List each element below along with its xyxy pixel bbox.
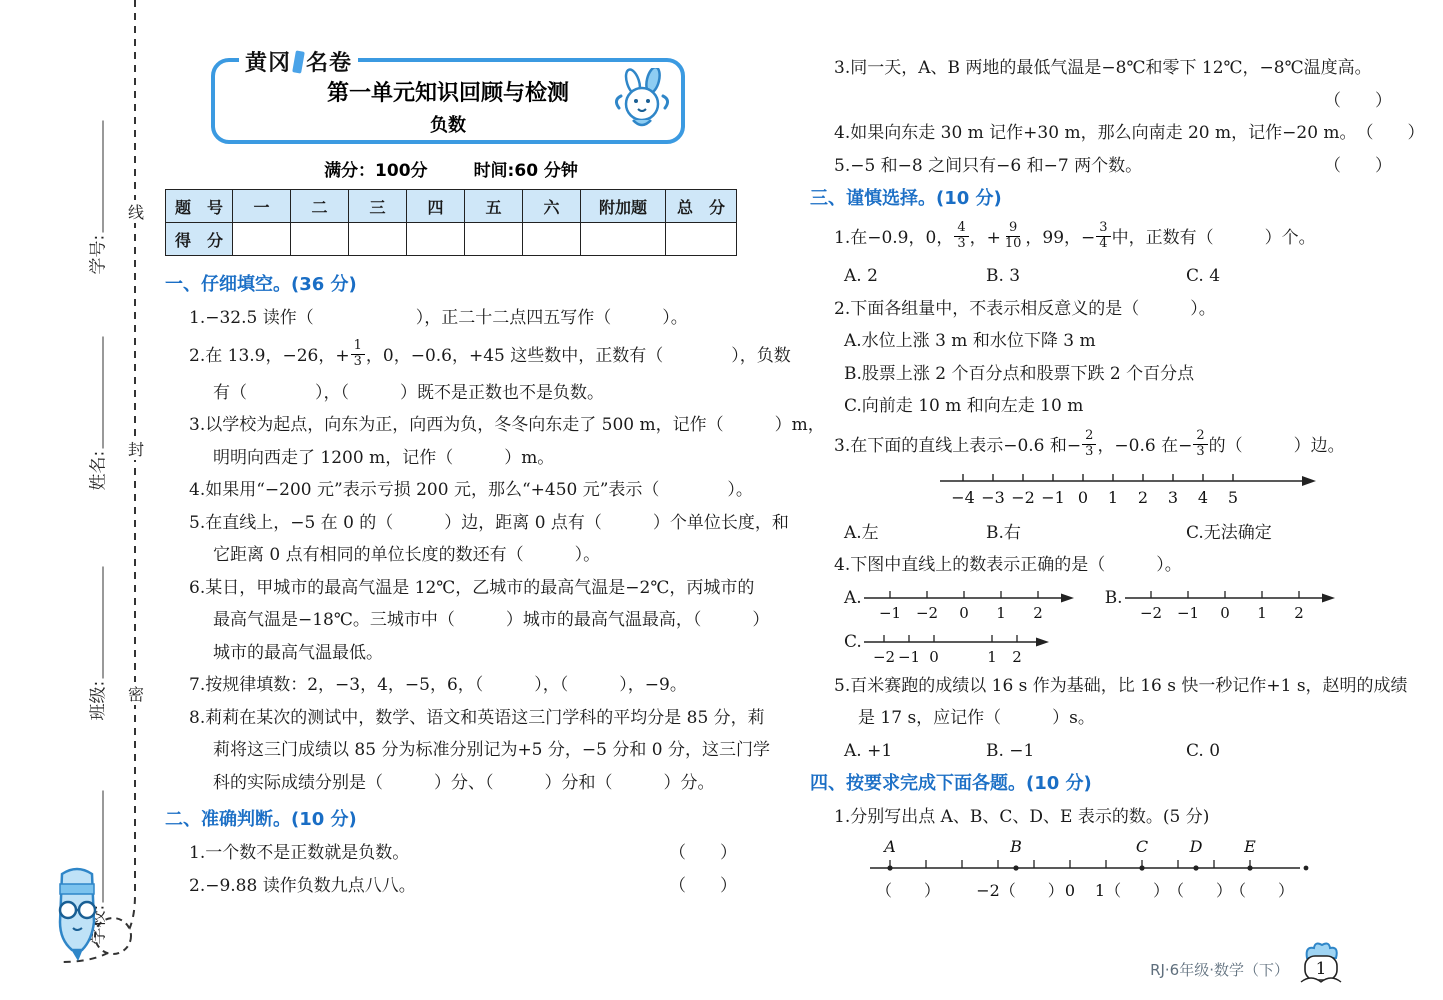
s3-q5-line1: 5.百米赛跑的成绩以 16 s 作为基础，比 16 s 快一秒记作+1 s，赵明… — [810, 670, 1392, 703]
s3-q3: 3.在下面的直线上表示−0.6 和−23，−0.6 在−23的（ ）边。 — [810, 423, 1392, 469]
tick-label: −1 — [1177, 604, 1199, 622]
brand-right-text: 名卷 — [306, 46, 352, 77]
full-score-label: 满分：100分 — [324, 156, 428, 181]
point-label-c: C — [1136, 838, 1148, 856]
class-text: 班级: — [89, 681, 109, 721]
fraction: 43 — [954, 221, 968, 252]
tick-label: 5 — [1228, 488, 1238, 507]
s1-q5-line2: 它距离 0 点有相同的单位长度的数还有（ ）。 — [165, 539, 737, 572]
rabbit-icon — [611, 68, 673, 134]
answer-blank: （ ） — [1324, 91, 1392, 111]
answer-blank: 1（ ） — [1095, 881, 1169, 900]
tick-label: −2 — [873, 648, 895, 666]
score-table: 题 号 一 二 三 四 五 六 附加题 总 分 得 分 — [165, 189, 737, 256]
option-c: C. 4 — [1186, 260, 1392, 293]
s3-q3-text: 的（ ）边。 — [1209, 436, 1345, 456]
left-column: 黄冈 名卷 第一单元知识回顾与检测 负数 满分：100分 时间:60 分钟 — [165, 58, 737, 902]
tick-label: 2 — [1033, 604, 1043, 622]
exam-meta: 满分：100分 时间:60 分钟 — [165, 156, 737, 181]
answer-blank: −2（ ） — [976, 881, 1064, 900]
tick-label: 0 — [929, 648, 939, 666]
number-line-a: −1 −2 0 1 2 — [862, 584, 1077, 626]
brand-left-text: 黄冈 — [245, 46, 291, 77]
s1-q8-line2: 莉将这三门成绩以 85 分为标准分别记为+5 分，−5 分和 0 分，这三门学 — [165, 734, 737, 767]
s1-q2-text: ，0，−0.6，+45 这些数中，正数有（ ），负数 — [366, 346, 791, 366]
s1-q2-text: 2.在 13.9，−26，+ — [189, 346, 350, 366]
tick-label: −2 — [1140, 604, 1162, 622]
tick-label: 2 — [1138, 488, 1148, 507]
answer-blank: （ ） — [1324, 150, 1392, 183]
point-label-e: E — [1243, 838, 1256, 856]
tick-label: −2 — [1011, 488, 1035, 507]
score-cell — [407, 223, 465, 256]
s1-q6-line2: 最高气温是−18℃。三城市中（ ）城市的最高气温最高，（ ） — [165, 604, 737, 637]
s3-q3-text: 3.在下面的直线上表示−0.6 和− — [834, 436, 1081, 456]
fraction-denominator: 10 — [1002, 237, 1025, 252]
tick-label: 0 — [1065, 881, 1075, 900]
footer-edition-text: RJ·6年级·数学（下） — [1150, 959, 1289, 980]
student-id-text: 学号: — [89, 235, 109, 275]
s1-q8-line1: 8.莉莉在某次的测试中，数学、语文和英语这三门学科的平均分是 85 分，莉 — [165, 702, 737, 735]
answer-blank: （ ） — [1357, 117, 1425, 150]
score-header-cell: 二 — [291, 190, 349, 223]
s3-q1-text: 1.在−0.9，0， — [834, 228, 953, 248]
s2-q5-text: 5.−5 和−8 之间只有−6 和−7 两个数。 — [834, 150, 1142, 183]
fraction-numerator: 4 — [954, 221, 968, 237]
tick-label: 1 — [1108, 488, 1118, 507]
fraction-denominator: 3 — [1193, 445, 1207, 460]
number-line-s4: A B C D E （ ） −2（ ） 0 1（ ） （ ） （ ） — [870, 838, 1320, 910]
number-line-b: −2 −1 0 1 2 — [1123, 584, 1338, 626]
fraction-denominator: 3 — [351, 355, 365, 370]
s1-q5-line1: 5.在直线上，−5 在 0 的（ ）边，距离 0 点有（ ）个单位长度，和 — [165, 507, 737, 540]
fraction: 13 — [351, 339, 365, 370]
fraction-numerator: 3 — [1096, 221, 1110, 237]
fraction: 910 — [1002, 221, 1025, 252]
tick-label: −1 — [898, 648, 920, 666]
section4-heading: 四、按要求完成下面各题。(10 分) — [810, 767, 1392, 801]
score-header-cell: 四 — [407, 190, 465, 223]
time-label: 时间:60 分钟 — [474, 156, 578, 181]
student-id-blank-line — [89, 121, 104, 233]
tick-label: 1 — [1257, 604, 1267, 622]
s3-q1: 1.在−0.9，0，43，+910，99，−34中，正数有（ ）个。 — [810, 216, 1392, 260]
tick-label: 1 — [996, 604, 1006, 622]
seal-char-xian: 线 — [126, 200, 146, 223]
tick-label: −1 — [879, 604, 901, 622]
s4-q1: 1.分别写出点 A、B、C、D、E 表示的数。(5 分) — [810, 801, 1392, 834]
score-header-cell: 一 — [233, 190, 291, 223]
s3-q1-options: A. 2 B. 3 C. 4 — [810, 260, 1392, 293]
section3-heading: 三、谨慎选择。(10 分) — [810, 182, 1392, 216]
option-b: B.右 — [986, 517, 1186, 550]
section2-heading: 二、准确判断。(10 分) — [165, 803, 737, 837]
score-header-cell: 三 — [349, 190, 407, 223]
page-badge-icon: 1 — [1295, 942, 1347, 986]
header-box: 黄冈 名卷 第一单元知识回顾与检测 负数 — [211, 58, 685, 144]
answer-blank: （ ） — [1168, 881, 1232, 900]
page-footer: RJ·6年级·数学（下） 1 — [1150, 942, 1347, 986]
s3-q2: 2.下面各组量中，不表示相反意义的是（ ）。 — [810, 293, 1392, 326]
s1-q6-line1: 6.某日，甲城市的最高气温是 12℃，乙城市的最高气温是−2℃，丙城市的 — [165, 572, 737, 605]
fraction: 34 — [1096, 221, 1110, 252]
score-cell — [233, 223, 291, 256]
s3-q1-text: 中，正数有（ ）个。 — [1112, 228, 1316, 248]
point-label-a: A — [882, 838, 896, 856]
point-label-d: D — [1189, 838, 1203, 856]
s3-q3-options: A.左 B.右 C.无法确定 — [810, 517, 1392, 550]
brand-logo: 黄冈 名卷 — [239, 46, 358, 77]
fraction-numerator: 1 — [351, 339, 365, 355]
s1-q2-line2: 有（ ），（ ）既不是正数也不是负数。 — [165, 377, 737, 410]
number-line-q3: −4 −3 −2 −1 0 1 2 3 4 5 — [938, 469, 1318, 517]
student-id-label: 学号: — [84, 75, 109, 275]
s3-q4: 4.下图中直线上的数表示正确的是（ ）。 — [810, 549, 1392, 582]
s2-q3-blank-line: （ ） — [810, 85, 1392, 118]
option-c-label: C. — [844, 626, 862, 659]
right-column: 3.同一天，A、B 两地的最低气温是−8℃和零下 12℃，−8℃温度高。 （ ）… — [810, 52, 1392, 910]
score-cell — [291, 223, 349, 256]
class-label: 班级: — [84, 521, 109, 721]
s2-q4-text: 4.如果向东走 30 m 记作+30 m，那么向南走 20 m，记作−20 m。 — [834, 117, 1357, 150]
tick-label: 1 — [987, 648, 997, 666]
s1-q7: 7.按规律填数：2，−3，4，−5，6，（ ），（ ），−9。 — [165, 669, 737, 702]
number-line-c: −2 −1 0 1 2 — [862, 628, 1052, 670]
score-header-cell: 总 分 — [666, 190, 737, 223]
section1-heading: 一、仔细填空。(36 分) — [165, 268, 737, 302]
fraction-denominator: 3 — [1082, 445, 1096, 460]
s3-q1-text: ，+ — [970, 228, 1001, 248]
s2-q2-text: 2.−9.88 读作负数九点八八。 — [189, 870, 416, 903]
score-table-value-row: 得 分 — [166, 223, 737, 256]
option-c: C.无法确定 — [1186, 517, 1392, 550]
tick-label: 4 — [1198, 488, 1208, 507]
tick-label: −4 — [951, 488, 975, 507]
point-label-b: B — [1009, 838, 1022, 856]
score-cell — [581, 223, 666, 256]
s1-q3-line2: 明明向西走了 1200 m，记作（ ）m。 — [165, 442, 737, 475]
s1-q8-line3: 科的实际成绩分别是（ ）分、（ ）分和（ ）分。 — [165, 767, 737, 800]
score-header-cell: 六 — [523, 190, 581, 223]
s3-q4-option-c: C. −2 −1 0 1 2 — [810, 626, 1392, 670]
fraction-numerator: 9 — [1006, 221, 1020, 237]
s3-q4-option-a: A. −1 −2 0 1 2 — [844, 582, 1077, 626]
s1-q6-line3: 城市的最高气温最低。 — [165, 637, 737, 670]
answer-blank: （ ） — [1230, 881, 1294, 900]
fraction: 23 — [1082, 429, 1096, 460]
score-header-cell: 题 号 — [166, 190, 233, 223]
option-b: B. 3 — [986, 260, 1186, 293]
s1-q2-line1: 2.在 13.9，−26，+13，0，−0.6，+45 这些数中，正数有（ ），… — [165, 335, 737, 377]
score-header-cell: 五 — [465, 190, 523, 223]
score-row-label: 得 分 — [166, 223, 233, 256]
fraction-denominator: 4 — [1096, 237, 1110, 252]
name-text: 姓名: — [89, 451, 109, 491]
page-number: 1 — [1316, 959, 1327, 979]
score-cell — [523, 223, 581, 256]
option-b: B. −1 — [986, 735, 1186, 768]
s3-q2-option-c: C.向前走 10 m 和向左走 10 m — [810, 390, 1392, 423]
name-blank-line — [89, 337, 104, 449]
score-cell — [349, 223, 407, 256]
fraction: 23 — [1193, 429, 1207, 460]
s3-q4-option-b: B. −2 −1 0 1 2 — [1105, 582, 1338, 626]
s3-q1-text: ，99，− — [1025, 228, 1095, 248]
tick-label: −1 — [1041, 488, 1065, 507]
option-a-label: A. — [844, 582, 862, 615]
seal-char-mi: 密 — [126, 682, 146, 705]
tick-label: 2 — [1012, 648, 1022, 666]
answer-blank: （ ） — [669, 837, 737, 870]
option-c: C. 0 — [1186, 735, 1392, 768]
s1-q4: 4.如果用“−200 元”表示亏损 200 元，那么“+450 元”表示（ ）。 — [165, 474, 737, 507]
tick-label: 0 — [959, 604, 969, 622]
pencil-mascot-icon — [42, 862, 112, 962]
tick-label: 3 — [1168, 488, 1178, 507]
s2-q2: 2.−9.88 读作负数九点八八。 （ ） — [165, 870, 737, 903]
option-a: A. 2 — [844, 260, 986, 293]
tick-label: 0 — [1078, 488, 1088, 507]
tick-label: −2 — [916, 604, 938, 622]
option-b-label: B. — [1105, 582, 1123, 615]
s2-q3-line1: 3.同一天，A、B 两地的最低气温是−8℃和零下 12℃，−8℃温度高。 — [810, 52, 1392, 85]
s2-q5: 5.−5 和−8 之间只有−6 和−7 两个数。 （ ） — [810, 150, 1392, 183]
answer-blank: （ ） — [669, 870, 737, 903]
s2-q4: 4.如果向东走 30 m 记作+30 m，那么向南走 20 m，记作−20 m。… — [810, 117, 1392, 150]
fraction-numerator: 2 — [1193, 429, 1207, 445]
score-header-cell: 附加题 — [581, 190, 666, 223]
score-cell — [465, 223, 523, 256]
s3-q5-options: A. +1 B. −1 C. 0 — [810, 735, 1392, 768]
tick-label: 2 — [1294, 604, 1304, 622]
option-a: A.左 — [844, 517, 986, 550]
s2-q1: 1.一个数不是正数就是负数。 （ ） — [165, 837, 737, 870]
s3-q5-line2: 是 17 s，应记作（ ）s。 — [810, 702, 1392, 735]
option-a: A. +1 — [844, 735, 986, 768]
score-cell — [666, 223, 737, 256]
fraction-numerator: 2 — [1082, 429, 1096, 445]
tick-label: −3 — [981, 488, 1005, 507]
logo-pencil-icon — [292, 50, 305, 73]
s1-q3-line1: 3.以学校为起点，向东为正，向西为负，冬冬向东走了 500 m，记作（ ）m， — [165, 409, 737, 442]
score-table-header-row: 题 号 一 二 三 四 五 六 附加题 总 分 — [166, 190, 737, 223]
s2-q1-text: 1.一个数不是正数就是负数。 — [189, 837, 409, 870]
fraction-denominator: 3 — [954, 237, 968, 252]
tick-label: 0 — [1220, 604, 1230, 622]
s3-q4-row-ab: A. −1 −2 0 1 2 — [810, 582, 1392, 626]
answer-blank: （ ） — [876, 881, 940, 900]
worksheet-page: 线 封 密 学号: 姓名: 班级: 学校: 黄冈 名卷 第一单元知识回顾与检测 … — [0, 0, 1443, 1000]
seal-char-feng: 封 — [126, 437, 146, 460]
s3-q3-text: ，−0.6 在− — [1097, 436, 1192, 456]
s3-q2-option-a: A.水位上涨 3 m 和水位下降 3 m — [810, 325, 1392, 358]
name-label: 姓名: — [84, 291, 109, 491]
s3-q2-option-b: B.股票上涨 2 个百分点和股票下跌 2 个百分点 — [810, 358, 1392, 391]
s1-q1: 1.−32.5 读作（ ），正二十二点四五写作（ ）。 — [165, 302, 737, 335]
class-blank-line — [89, 567, 104, 679]
